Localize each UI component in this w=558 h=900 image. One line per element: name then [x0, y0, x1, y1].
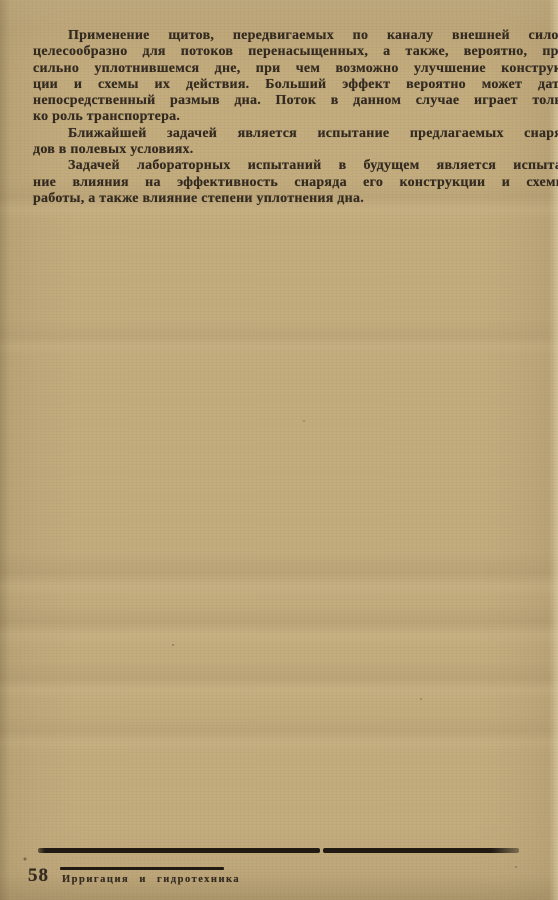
footer-rule — [38, 848, 519, 853]
text-line: сильно уплотнившемся дне, при чем возмож… — [33, 61, 558, 77]
text-line: Задачей лабораторных испытаний в будущем… — [33, 158, 558, 174]
text-line: Ближайшей задачей является испытание пре… — [33, 126, 558, 142]
text-line: ции и схемы их действия. Больший эффект … — [33, 77, 558, 93]
running-title: Ирригация и гидротехника — [62, 874, 240, 885]
text-line: ние влияния на эффективность снаряда его… — [33, 175, 558, 191]
footer-rule-right-segment — [323, 848, 519, 853]
text-line: работы, а также влияние степени уплотнен… — [33, 191, 558, 207]
signature-rule — [60, 867, 224, 870]
text-line: целесообразно для потоков перенасыщенных… — [33, 44, 558, 60]
text-line: ко роль транспортера. — [33, 109, 558, 125]
text-line: непосредственный размыв дна. Поток в дан… — [33, 93, 558, 109]
text-line: дов в полевых условиях. — [33, 142, 558, 158]
page-number: 58 — [28, 865, 49, 887]
text-block: Применение щитов, передвигаемых по канал… — [33, 28, 558, 207]
scanned-page: Применение щитов, передвигаемых по канал… — [0, 0, 558, 900]
text-line: Применение щитов, передвигаемых по канал… — [33, 28, 558, 44]
footer-rule-left-segment — [38, 848, 320, 853]
